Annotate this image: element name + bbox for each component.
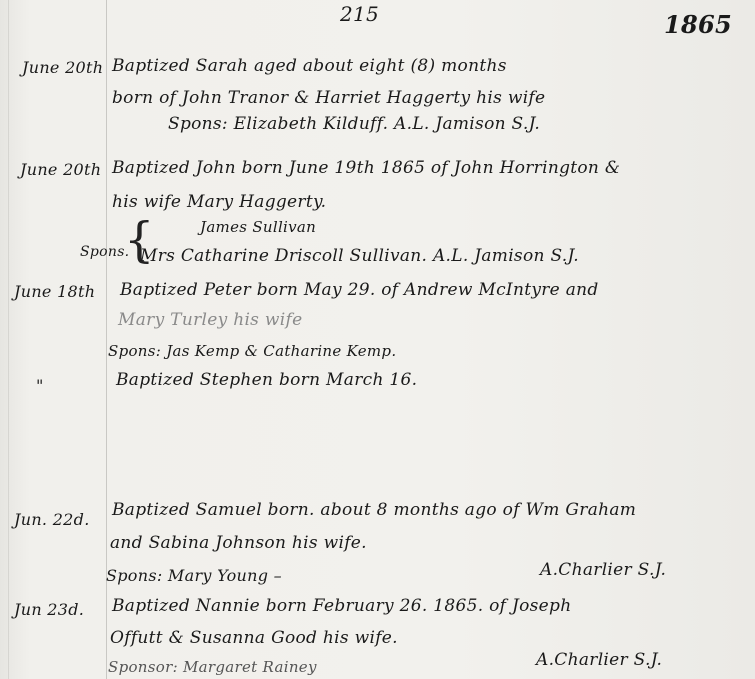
entry-line: Baptized Sarah aged about eight (8) mont…	[112, 56, 507, 76]
entry-line: Baptized Peter born May 29. of Andrew Mc…	[120, 280, 599, 300]
entry-date: June 18th	[14, 282, 95, 301]
entry-line: Offutt & Susanna Good his wife.	[110, 628, 398, 648]
entry-line: Spons: Jas Kemp & Catharine Kemp.	[108, 342, 396, 360]
entry-date: June 20th	[22, 58, 103, 77]
entry-line: his wife Mary Haggerty.	[112, 192, 326, 212]
entry-date: June 20th	[20, 160, 101, 179]
entry-date: Jun. 22d.	[14, 510, 90, 529]
signature: A.Charlier S.J.	[540, 560, 666, 580]
ditto-mark: "	[36, 376, 44, 395]
signature: A.Charlier S.J.	[536, 650, 662, 670]
page-edge	[8, 0, 9, 679]
entry-line: Spons: Mary Young –	[106, 566, 282, 585]
entry-date: Jun 23d.	[14, 600, 84, 619]
entry-line: born of John Tranor & Harriet Haggerty h…	[112, 88, 545, 108]
entry-line: Baptized Nannie born February 26. 1865. …	[112, 596, 571, 616]
entry-line: Mary Turley his wife	[118, 310, 302, 330]
entry-line: Baptized Stephen born March 16.	[116, 370, 417, 390]
entry-line: and Sabina Johnson his wife.	[110, 533, 367, 553]
entry-line: Mrs Catharine Driscoll Sullivan. A.L. Ja…	[140, 246, 579, 266]
entry-line: James Sullivan	[200, 218, 316, 236]
entry-line: Spons: Elizabeth Kilduff. A.L. Jamison S…	[168, 114, 540, 134]
page-year: 1865	[664, 10, 732, 39]
entry-line: Baptized John born June 19th 1865 of Joh…	[112, 158, 620, 178]
sponsor-label: Spons.	[80, 244, 129, 260]
page-number: 215	[340, 2, 379, 26]
entry-line: Baptized Samuel born. about 8 months ago…	[112, 500, 636, 520]
register-page: 215 1865 June 20th Baptized Sarah aged a…	[0, 0, 755, 679]
entry-line: Sponsor: Margaret Rainey	[108, 658, 317, 676]
